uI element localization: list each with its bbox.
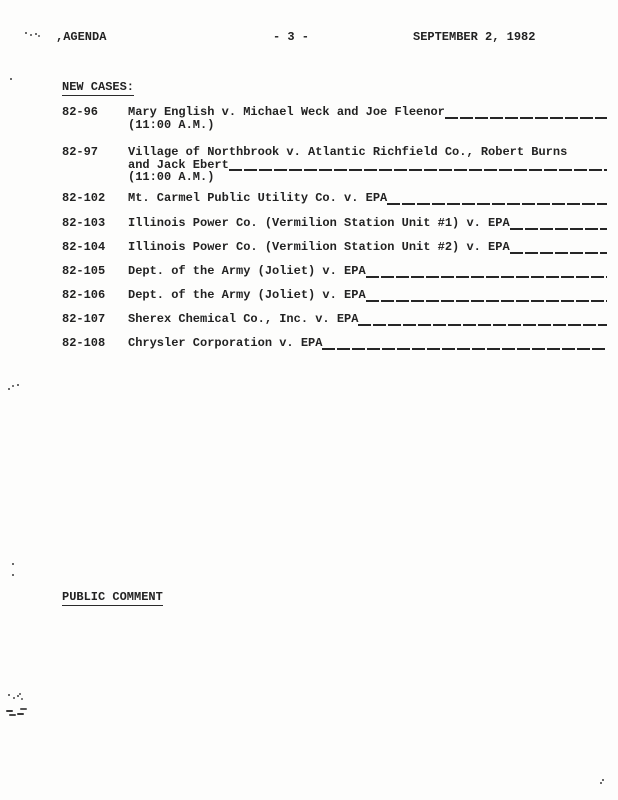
case-line: (11:00 A.M.) bbox=[128, 119, 607, 132]
case-line: Illinois Power Co. (Vermilion Station Un… bbox=[128, 217, 607, 230]
scan-artifact bbox=[602, 779, 604, 781]
underline-rule bbox=[387, 203, 607, 205]
underline-rule bbox=[322, 348, 607, 350]
header-date: SEPTEMBER 2, 1982 bbox=[413, 31, 535, 44]
case-line-text: Illinois Power Co. (Vermilion Station Un… bbox=[128, 217, 510, 230]
case-row: 82-103Illinois Power Co. (Vermilion Stat… bbox=[62, 217, 607, 230]
case-line: Dept. of the Army (Joliet) v. EPA bbox=[128, 289, 607, 302]
scan-artifact bbox=[25, 32, 27, 34]
case-number: 82-104 bbox=[62, 241, 128, 254]
scan-artifact bbox=[8, 694, 10, 696]
underline-rule bbox=[510, 228, 607, 230]
case-row: 82-107Sherex Chemical Co., Inc. v. EPA bbox=[62, 313, 607, 326]
case-row: 82-108Chrysler Corporation v. EPA bbox=[62, 337, 607, 350]
public-comment-heading: PUBLIC COMMENT bbox=[62, 591, 163, 606]
case-line-text: Dept. of the Army (Joliet) v. EPA bbox=[128, 289, 366, 302]
case-line: Chrysler Corporation v. EPA bbox=[128, 337, 607, 350]
document-page: ,AGENDA - 3 - SEPTEMBER 2, 1982 NEW CASE… bbox=[0, 0, 618, 800]
case-line: Sherex Chemical Co., Inc. v. EPA bbox=[128, 313, 607, 326]
case-line: (11:00 A.M.) bbox=[128, 171, 607, 184]
underline-rule bbox=[358, 324, 607, 326]
underline-rule bbox=[366, 276, 607, 278]
case-line-text: Mt. Carmel Public Utility Co. v. EPA bbox=[128, 192, 387, 205]
case-number: 82-108 bbox=[62, 337, 128, 350]
case-line-text: Dept. of the Army (Joliet) v. EPA bbox=[128, 265, 366, 278]
new-cases-heading: NEW CASES: bbox=[62, 81, 134, 96]
case-row: 82-96Mary English v. Michael Weck and Jo… bbox=[62, 106, 607, 131]
case-line-text: Illinois Power Co. (Vermilion Station Un… bbox=[128, 241, 510, 254]
case-row: 82-105Dept. of the Army (Joliet) v. EPA bbox=[62, 265, 607, 278]
case-line: Illinois Power Co. (Vermilion Station Un… bbox=[128, 241, 607, 254]
case-line: Mary English v. Michael Weck and Joe Fle… bbox=[128, 106, 607, 119]
case-line-text: Mary English v. Michael Weck and Joe Fle… bbox=[128, 106, 445, 119]
page-number: - 3 - bbox=[273, 31, 309, 44]
underline-rule bbox=[510, 252, 607, 254]
document-title: ,AGENDA bbox=[56, 31, 106, 44]
case-number: 82-96 bbox=[62, 106, 128, 119]
case-number: 82-105 bbox=[62, 265, 128, 278]
case-number: 82-97 bbox=[62, 146, 128, 159]
case-line-text: Village of Northbrook v. Atlantic Richfi… bbox=[128, 146, 567, 159]
case-line: Dept. of the Army (Joliet) v. EPA bbox=[128, 265, 607, 278]
case-line-text: (11:00 A.M.) bbox=[128, 119, 214, 132]
case-line: Village of Northbrook v. Atlantic Richfi… bbox=[128, 146, 607, 159]
scan-artifact bbox=[8, 388, 10, 390]
underline-rule bbox=[366, 300, 607, 302]
case-line-text: Chrysler Corporation v. EPA bbox=[128, 337, 322, 350]
case-line-text: Sherex Chemical Co., Inc. v. EPA bbox=[128, 313, 358, 326]
case-line: Mt. Carmel Public Utility Co. v. EPA bbox=[128, 192, 607, 205]
case-number: 82-103 bbox=[62, 217, 128, 230]
case-line-text: (11:00 A.M.) bbox=[128, 171, 214, 184]
scan-artifact bbox=[12, 563, 14, 565]
scan-artifact bbox=[10, 78, 12, 80]
case-row: 82-97Village of Northbrook v. Atlantic R… bbox=[62, 146, 607, 184]
case-row: 82-104Illinois Power Co. (Vermilion Stat… bbox=[62, 241, 607, 254]
case-row: 82-106Dept. of the Army (Joliet) v. EPA bbox=[62, 289, 607, 302]
case-number: 82-102 bbox=[62, 192, 128, 205]
case-number: 82-106 bbox=[62, 289, 128, 302]
case-row: 82-102Mt. Carmel Public Utility Co. v. E… bbox=[62, 192, 607, 205]
scan-artifact bbox=[6, 710, 13, 712]
case-number: 82-107 bbox=[62, 313, 128, 326]
